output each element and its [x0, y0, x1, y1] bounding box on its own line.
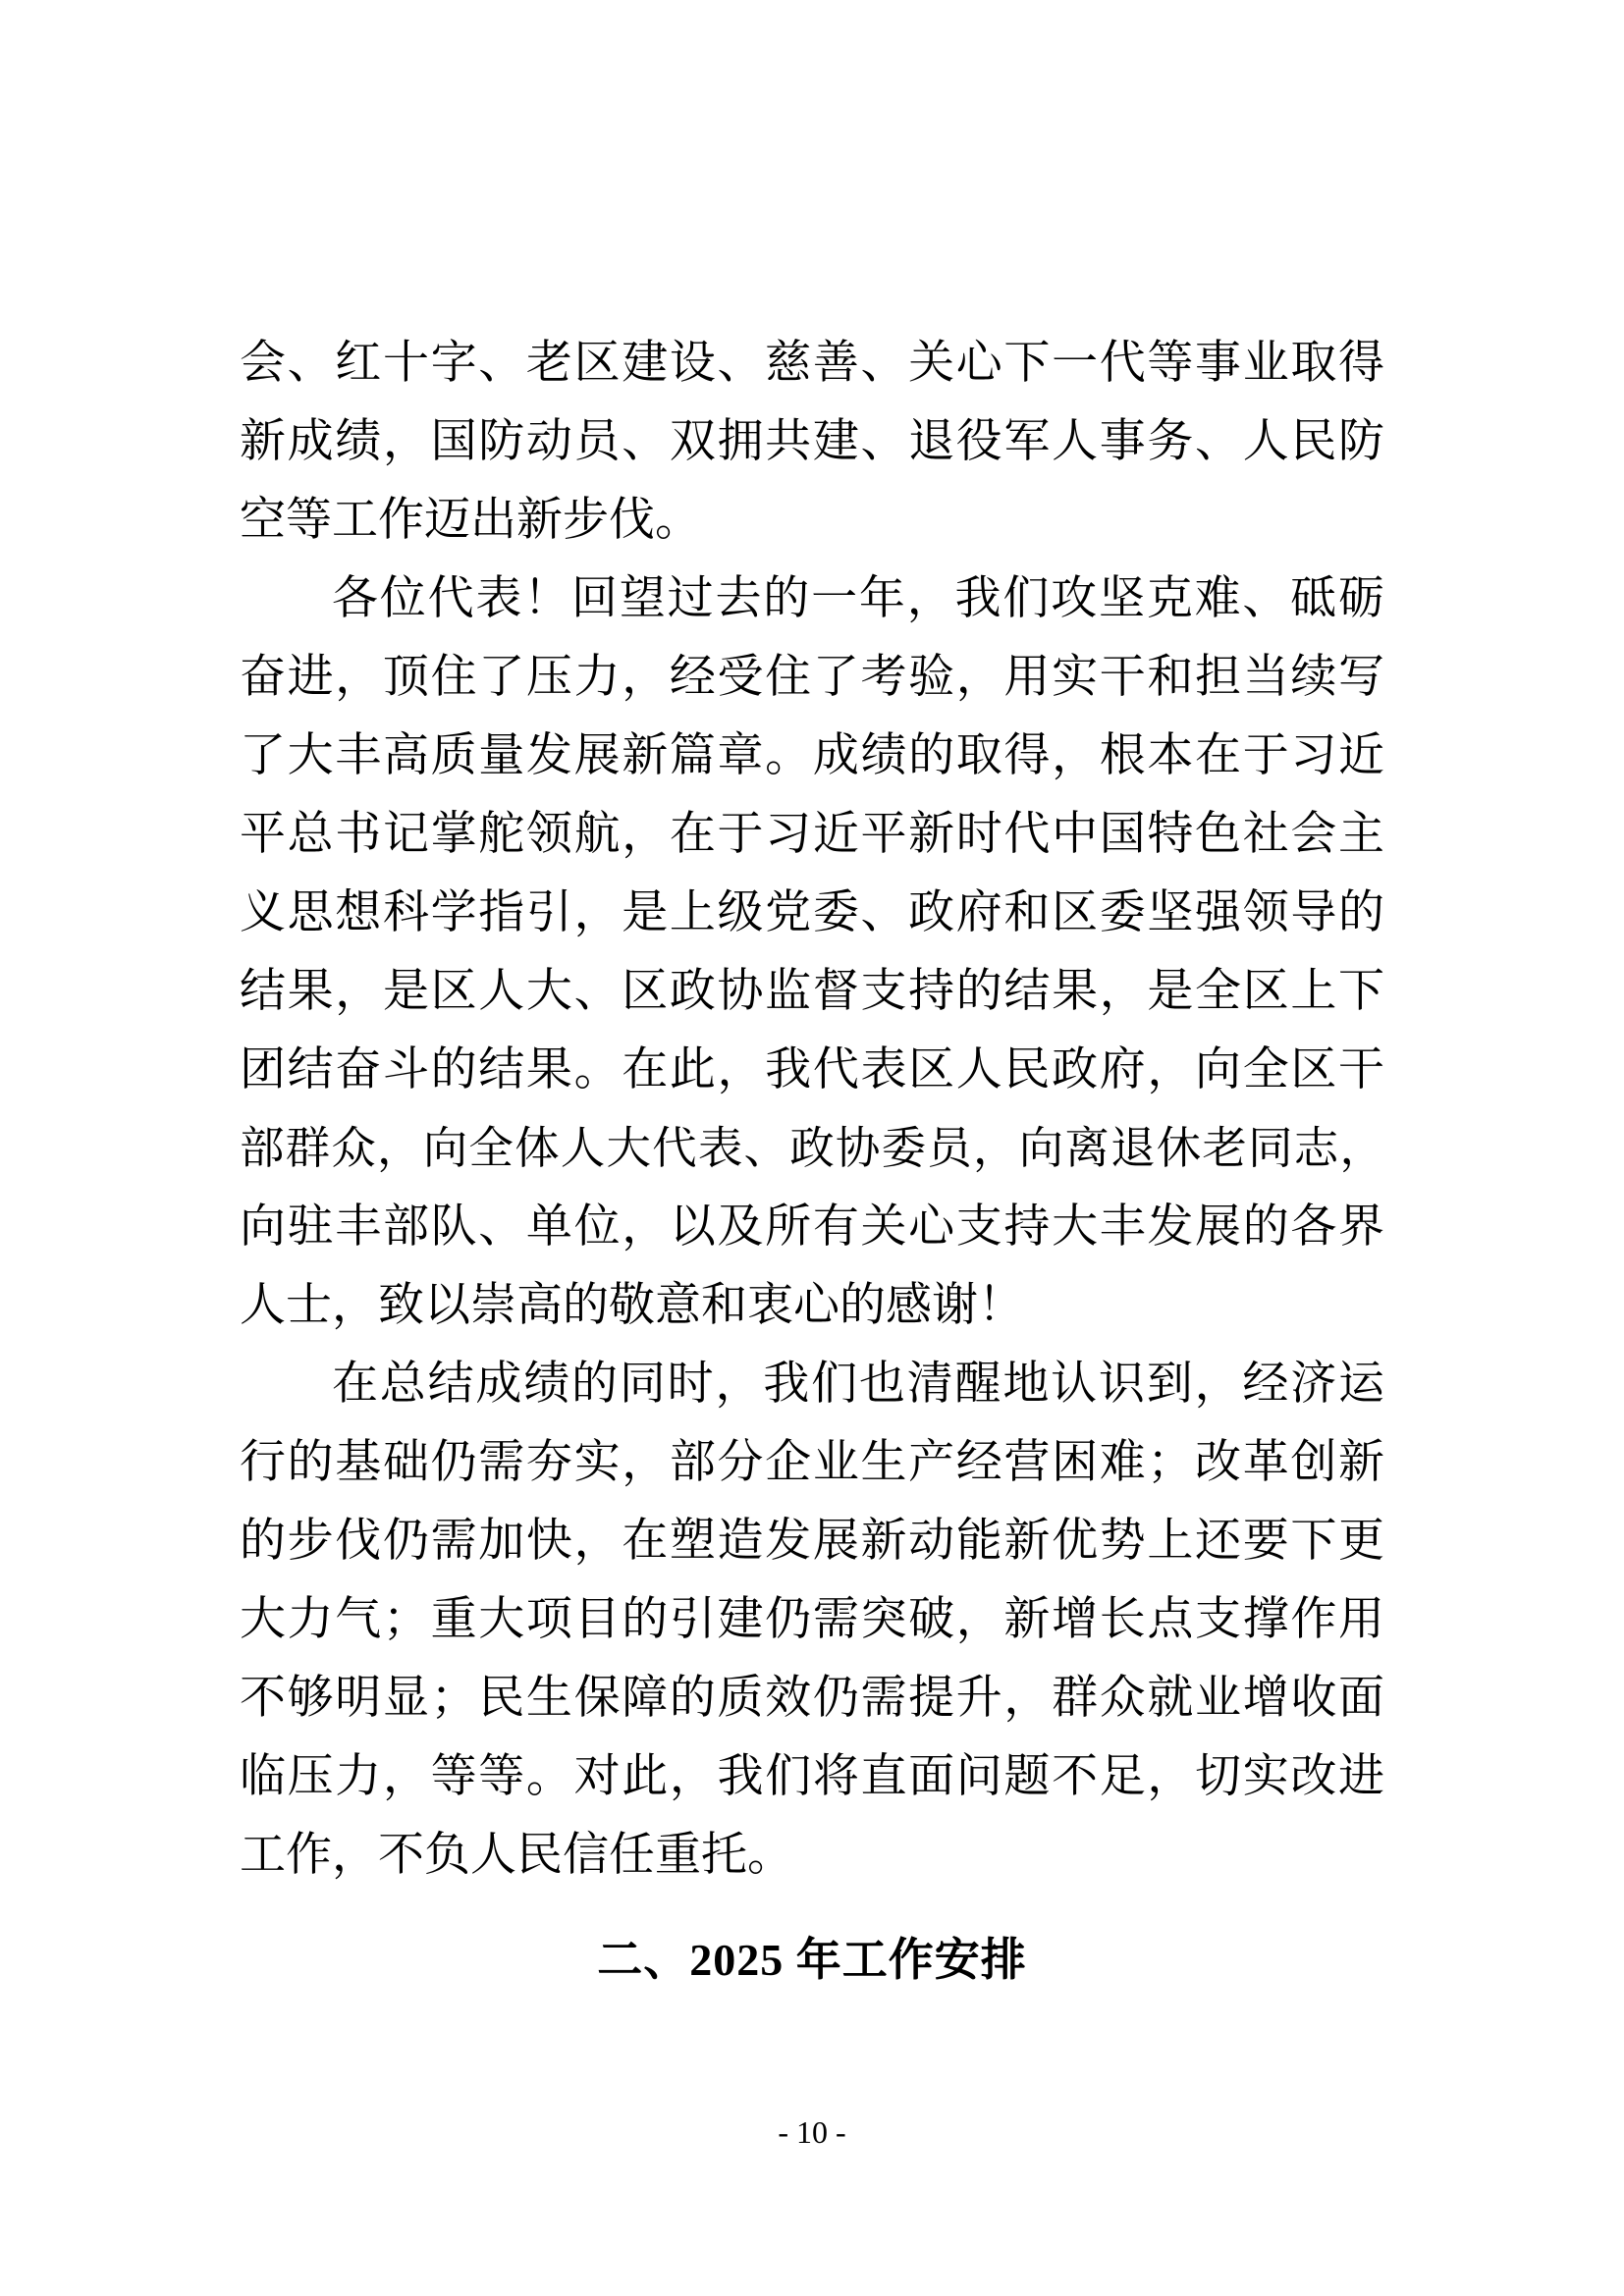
body-line: 新成绩，国防动员、双拥共建、退役军人事务、人民防	[240, 402, 1384, 481]
body-line: 各位代表！回望过去的一年，我们攻坚克难、砥砺	[240, 560, 1384, 638]
body-line: 会、红十字、老区建设、慈善、关心下一代等事业取得	[240, 324, 1384, 402]
body-line: 空等工作迈出新步伐。	[240, 481, 1384, 560]
body-line: 义思想科学指引，是上级党委、政府和区委坚强领导的	[240, 874, 1384, 952]
document-page: 会、红十字、老区建设、慈善、关心下一代等事业取得 新成绩，国防动员、双拥共建、退…	[0, 0, 1624, 2296]
body-line: 了大丰高质量发展新篇章。成绩的取得，根本在于习近	[240, 717, 1384, 795]
body-line: 工作，不负人民信任重托。	[240, 1816, 1384, 1895]
body-line: 人士，致以崇高的敬意和衷心的感谢！	[240, 1266, 1384, 1345]
body-line: 的步伐仍需加快，在塑造发展新动能新优势上还要下更	[240, 1502, 1384, 1580]
body-line: 奋进，顶住了压力，经受住了考验，用实干和担当续写	[240, 638, 1384, 717]
body-line: 结果，是区人大、区政协监督支持的结果，是全区上下	[240, 952, 1384, 1031]
body-line: 向驻丰部队、单位，以及所有关心支持大丰发展的各界	[240, 1188, 1384, 1266]
body-line: 不够明显；民生保障的质效仍需提升，群众就业增收面	[240, 1659, 1384, 1737]
body-line: 平总书记掌舵领航，在于习近平新时代中国特色社会主	[240, 795, 1384, 874]
document-body: 会、红十字、老区建设、慈善、关心下一代等事业取得 新成绩，国防动员、双拥共建、退…	[240, 324, 1384, 2000]
body-line: 行的基础仍需夯实，部分企业生产经营困难；改革创新	[240, 1423, 1384, 1502]
body-line: 在总结成绩的同时，我们也清醒地认识到，经济运	[240, 1345, 1384, 1423]
body-line: 大力气；重大项目的引建仍需突破，新增长点支撑作用	[240, 1580, 1384, 1659]
body-line: 团结奋斗的结果。在此，我代表区人民政府，向全区干	[240, 1031, 1384, 1109]
section-heading: 二、2025 年工作安排	[240, 1921, 1384, 2000]
body-line: 部群众，向全体人大代表、政协委员，向离退休老同志，	[240, 1109, 1384, 1188]
page-number: - 10 -	[0, 2112, 1624, 2152]
body-line: 临压力，等等。对此，我们将直面问题不足，切实改进	[240, 1737, 1384, 1816]
